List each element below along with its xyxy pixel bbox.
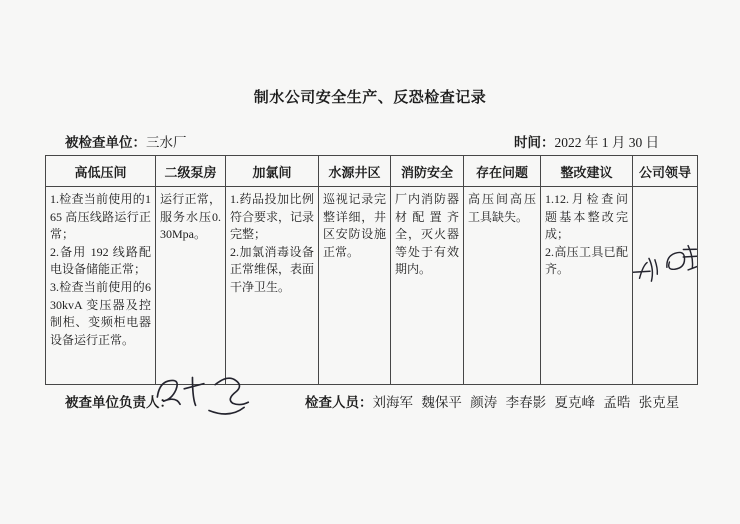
inspectors-label: 检查人员： bbox=[305, 395, 373, 410]
record-row: 1.检查当前使用的165 高压线路运行正常； 2.备用 192 线路配电设备储能… bbox=[46, 187, 698, 385]
cell-high-low-voltage-room: 1.检查当前使用的165 高压线路运行正常； 2.备用 192 线路配电设备储能… bbox=[46, 187, 156, 385]
time-label: 时间： bbox=[514, 135, 555, 150]
time-value: 2022 年 1 月 30 日 bbox=[555, 135, 660, 150]
cell-secondary-pump-room: 运行正常，服务水压0.30Mpa。 bbox=[156, 187, 226, 385]
header-row: 高低压间 二级泵房 加氯间 水源井区 消防安全 存在问题 整改建议 公司领导 bbox=[46, 156, 698, 187]
inspectors-names: 刘海军 魏保平 颜涛 李春影 夏克峰 孟晧 张克星 bbox=[373, 395, 680, 410]
header-chlorination-room: 加氯间 bbox=[226, 156, 319, 187]
header-fire-safety: 消防安全 bbox=[391, 156, 464, 187]
header-water-source-well-area: 水源井区 bbox=[319, 156, 391, 187]
header-secondary-pump-room: 二级泵房 bbox=[156, 156, 226, 187]
inspection-time: 时间：2022 年 1 月 30 日 bbox=[514, 131, 659, 151]
cell-fire-safety: 厂内消防器材配置齐全，灭火器等处于有效期内。 bbox=[391, 187, 464, 385]
responsible-person-signature-handwriting bbox=[146, 364, 272, 426]
header-company-leader: 公司领导 bbox=[633, 156, 698, 187]
inspected-unit: 被检查单位：三水厂 bbox=[65, 131, 187, 151]
cell-water-source-well-area: 巡视记录完整详细，井区安防设施正常。 bbox=[319, 187, 391, 385]
document-page: 制水公司安全生产、反恐检查记录 被检查单位：三水厂 时间：2022 年 1 月 … bbox=[0, 0, 740, 524]
cell-rectification-suggestions: 1.12.月检查问题基本整改完成； 2.高压工具已配齐。 bbox=[541, 187, 633, 385]
header-high-low-voltage-room: 高低压间 bbox=[46, 156, 156, 187]
inspected-unit-value: 三水厂 bbox=[146, 135, 187, 150]
header-existing-problems: 存在问题 bbox=[464, 156, 541, 187]
cell-chlorination-room: 1.药品投加比例符合要求，记录完整； 2.加氯消毒设备正常维保，表面干净卫生。 bbox=[226, 187, 319, 385]
leader-signature-handwriting bbox=[633, 231, 698, 306]
inspectors-line: 检查人员：刘海军 魏保平 颜涛 李春影 夏克峰 孟晧 张克星 bbox=[305, 391, 679, 411]
header-rectification-suggestions: 整改建议 bbox=[541, 156, 633, 187]
cell-company-leader bbox=[633, 187, 698, 385]
inspected-unit-label: 被检查单位： bbox=[65, 135, 146, 150]
cell-existing-problems: 高压间高压工具缺失。 bbox=[464, 187, 541, 385]
document-title: 制水公司安全生产、反恐检查记录 bbox=[0, 86, 740, 107]
inspection-record-table: 高低压间 二级泵房 加氯间 水源井区 消防安全 存在问题 整改建议 公司领导 1… bbox=[45, 155, 698, 385]
